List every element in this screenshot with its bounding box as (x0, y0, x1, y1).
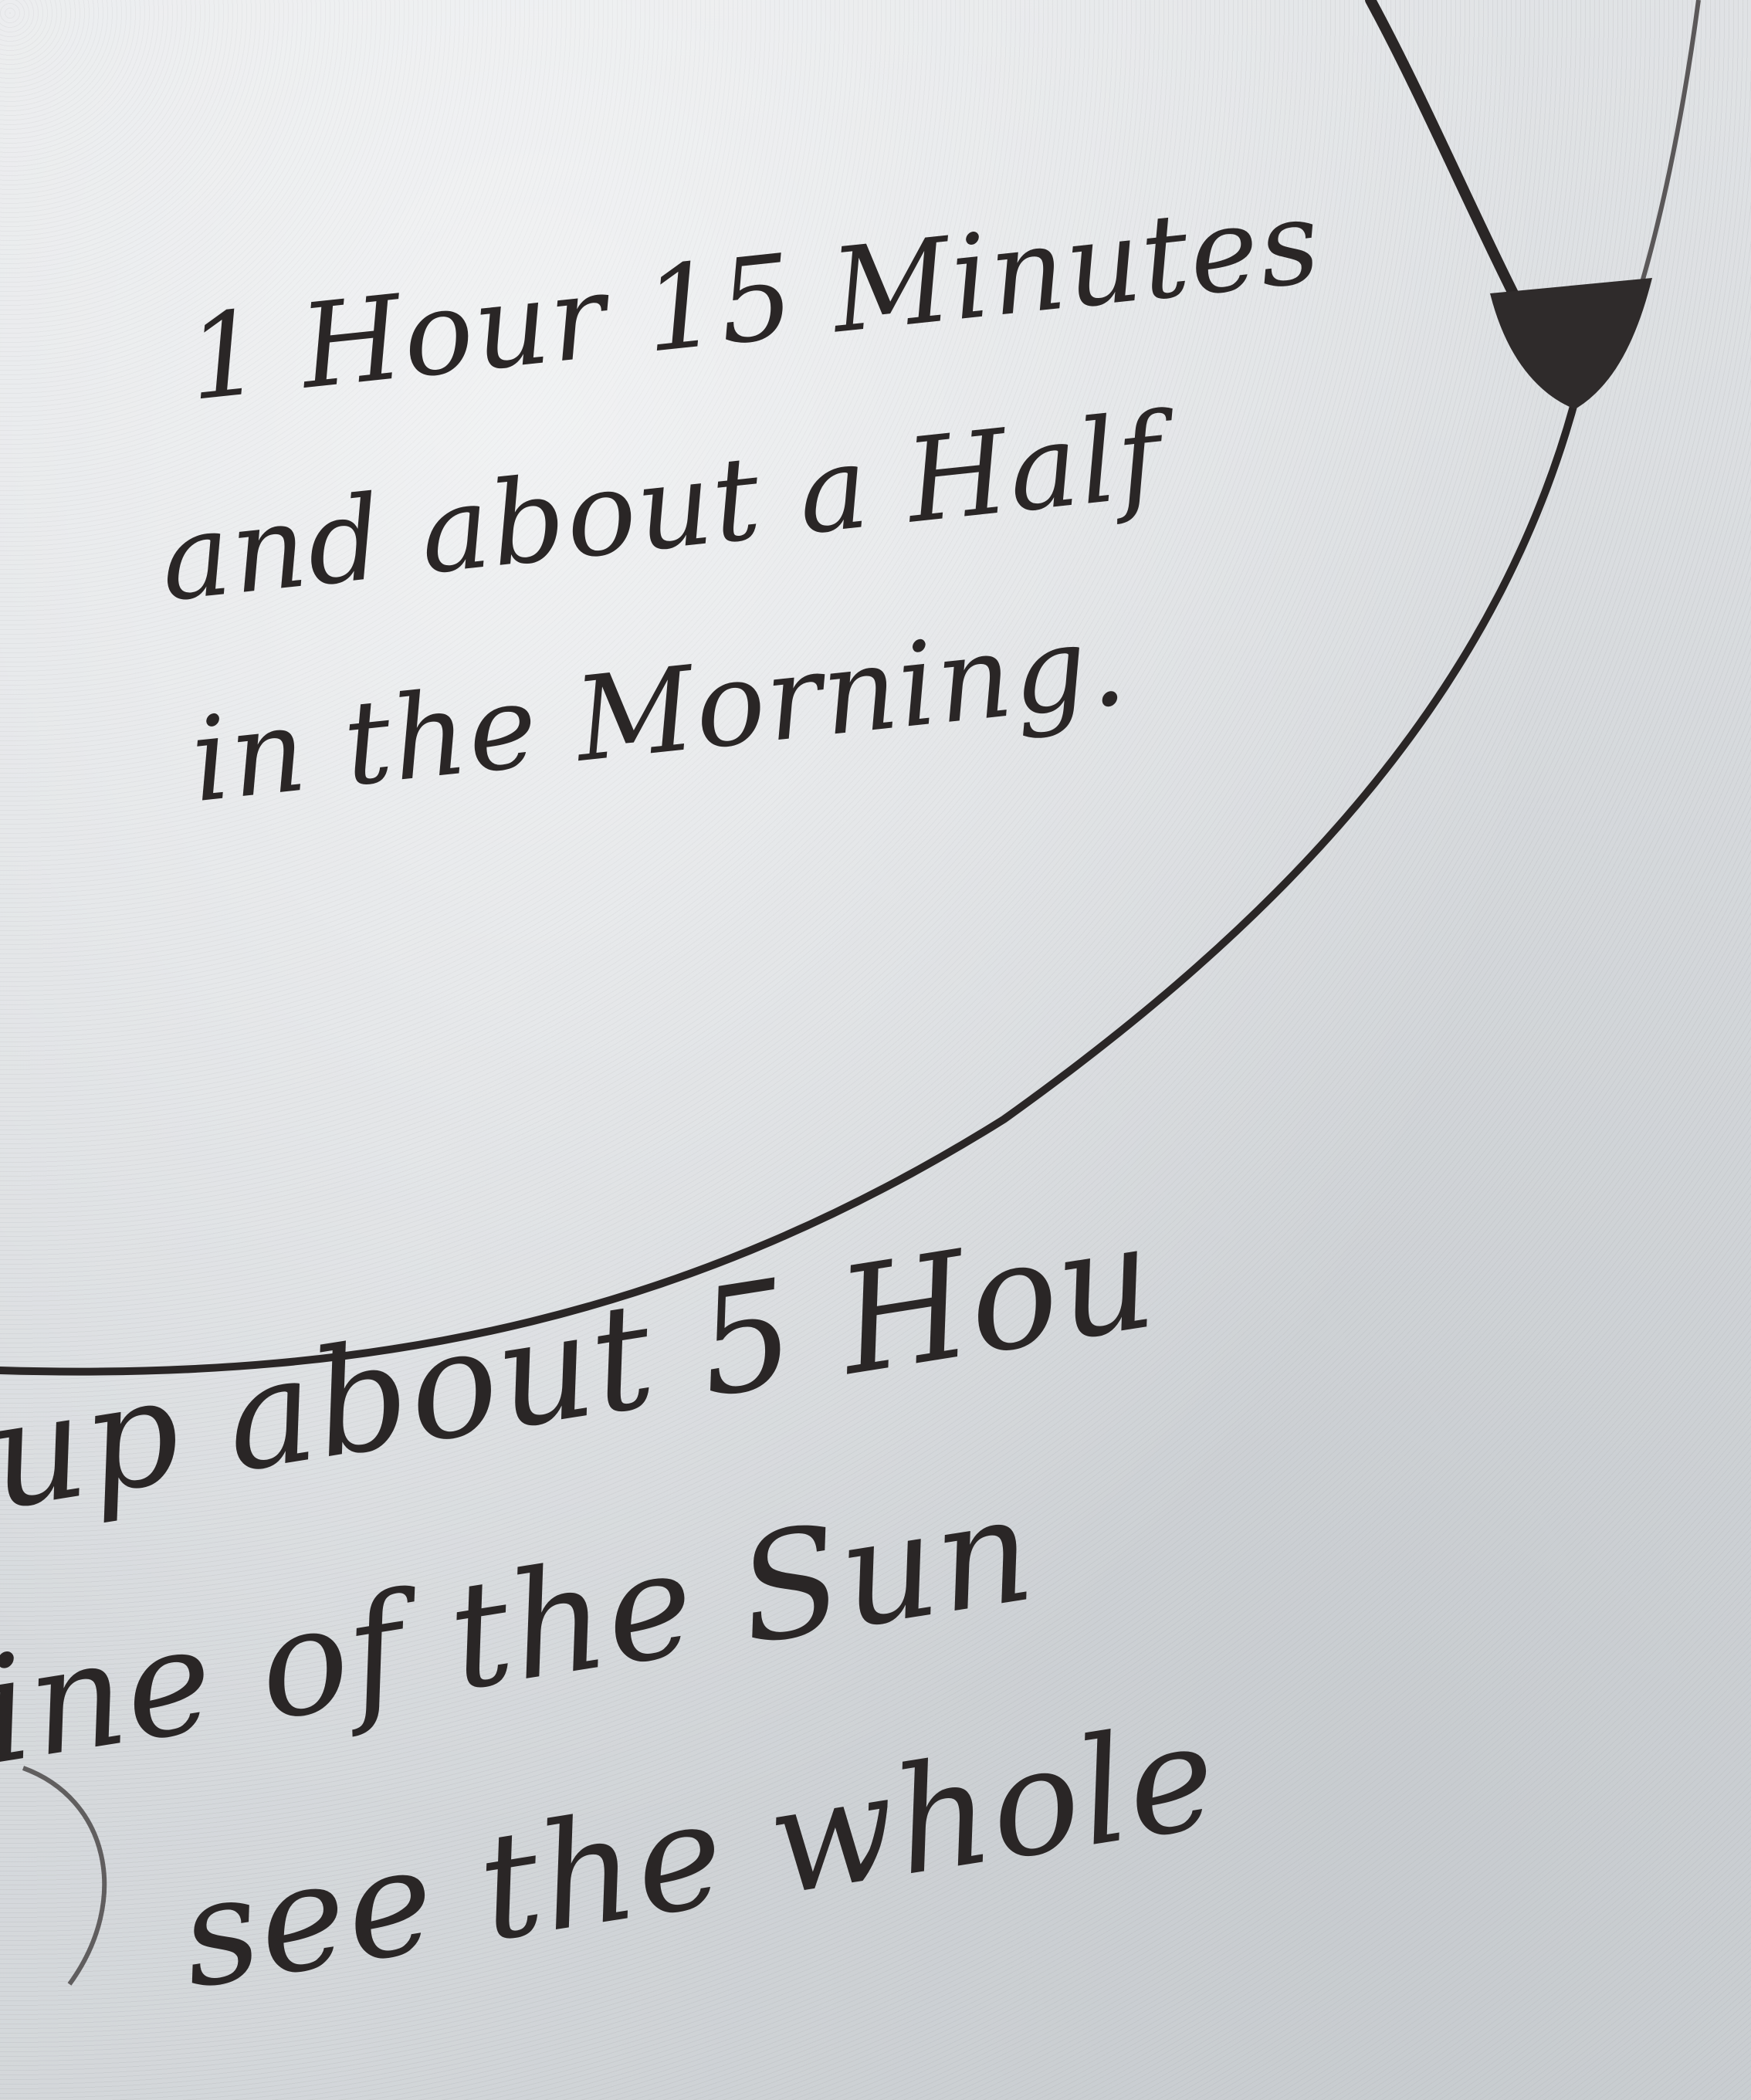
pointer-line (1370, 0, 1513, 293)
diagram-outer-arc (1629, 0, 1699, 324)
faint-circle-left (23, 1768, 104, 1984)
pointer-wedge (1490, 278, 1652, 409)
